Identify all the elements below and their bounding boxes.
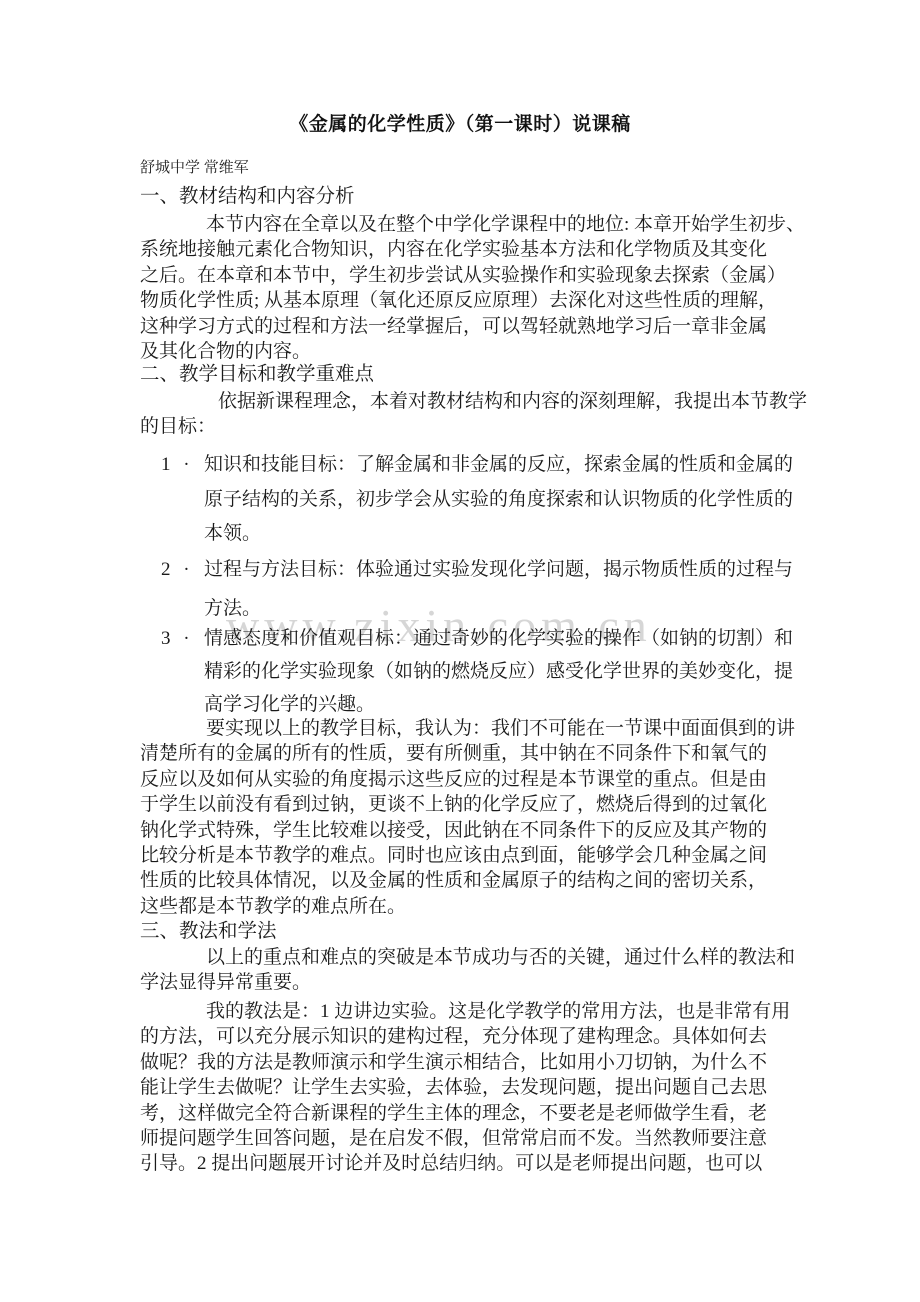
text-line: 的方法，可以充分展示知识的建构过程，充分体现了建构理念。具体如何去 xyxy=(140,1024,840,1049)
paragraph-goals-intro: 依据新课程理念，本着对教材结构和内容的深刻理解，我提出本节教学的目标： xyxy=(140,389,840,440)
text-line: 于学生以前没有看到过钠，更谈不上钠的化学反应了，燃烧后得到的过氧化 xyxy=(140,792,840,817)
goal-marker-1: 1 · xyxy=(161,448,194,483)
text-line: 能让学生去做呢？让学生去实验，去体验，去发现问题，提出问题自己去思 xyxy=(140,1075,840,1100)
paragraph-teaching-method: 我的教法是：1 边讲边实验。这是化学教学的常用方法，也是非常有用的方法，可以充分… xyxy=(140,999,840,1177)
text-line: 做呢？我的方法是教师演示和学生演示相结合，比如用小刀切钠，为什么不 xyxy=(140,1050,840,1075)
text-line: 之后。在本章和本节中，学生初步尝试从实验操作和实验现象去探索（金属） xyxy=(140,263,840,288)
text-line: 依据新课程理念，本着对教材结构和内容的深刻理解，我提出本节教学 xyxy=(140,389,840,414)
section-heading-1: 一、教材结构和内容分析 xyxy=(140,184,355,210)
goal-marker-3: 3 · xyxy=(161,622,194,655)
text-line: 比较分析是本节教学的难点。同时也应该由点到面，能够学会几种金属之间 xyxy=(140,843,840,868)
text-line: 及其化合物的内容。 xyxy=(140,339,840,364)
goal-item-3: 3 · 情感态度和价值观目标：通过奇妙的化学实验的操作（如钠的切割）和精彩的化学… xyxy=(140,622,840,721)
text-line: 师提问题学生回答问题，是在启发不假，但常常启而不发。当然教师要注意 xyxy=(140,1126,840,1151)
goal-item-2: 2 · 过程与方法目标：体验通过实验发现化学问题，揭示物质性质的过程与方法。 xyxy=(140,550,840,628)
text-line: 精彩的化学实验现象（如钠的燃烧反应）感受化学世界的美妙变化，提 xyxy=(204,655,840,688)
text-line: 系统地接触元素化合物知识，内容在化学实验基本方法和化学物质及其变化 xyxy=(140,237,840,262)
goal-text-3: 情感态度和价值观目标：通过奇妙的化学实验的操作（如钠的切割）和精彩的化学实验现象… xyxy=(140,622,840,721)
goal-text-1: 知识和技能目标：了解金属和非金属的反应，探索金属的性质和金属的原子结构的关系，初… xyxy=(140,448,840,552)
goal-marker-2: 2 · xyxy=(161,550,194,589)
section-heading-2: 二、教学目标和教学重难点 xyxy=(140,362,374,388)
text-line: 我的教法是：1 边讲边实验。这是化学教学的常用方法，也是非常有用 xyxy=(140,999,840,1024)
text-line: 引导。2 提出问题展开讨论并及时总结归纳。可以是老师提出问题，也可以 xyxy=(140,1151,840,1176)
paragraph-method-intro: 以上的重点和难点的突破是本节成功与否的关键，通过什么样的教法和学法显得异常重要。 xyxy=(140,945,840,996)
text-line: 这些都是本节教学的难点所在。 xyxy=(140,894,840,919)
document-page: www.zixin.com.cn 《金属的化学性质》（第一课时）说课稿 舒城中学… xyxy=(0,0,920,1302)
text-line: 考，这样做完全符合新课程的学生主体的理念，不要老是老师做学生看，老 xyxy=(140,1101,840,1126)
text-line: 清楚所有的金属的所有的性质，要有所侧重，其中钠在不同条件下和氧气的 xyxy=(140,741,840,766)
text-line: 原子结构的关系，初步学会从实验的角度探索和认识物质的化学性质的 xyxy=(204,483,840,518)
goal-text-2: 过程与方法目标：体验通过实验发现化学问题，揭示物质性质的过程与方法。 xyxy=(140,550,840,628)
text-line: 情感态度和价值观目标：通过奇妙的化学实验的操作（如钠的切割）和 xyxy=(204,622,840,655)
paragraph-key-difficult-points: 要实现以上的教学目标，我认为：我们不可能在一节课中面面俱到的讲清楚所有的金属的所… xyxy=(140,716,840,919)
text-line: 以上的重点和难点的突破是本节成功与否的关键，通过什么样的教法和 xyxy=(140,945,840,970)
text-line: 要实现以上的教学目标，我认为：我们不可能在一节课中面面俱到的讲 xyxy=(140,716,840,741)
text-line: 本领。 xyxy=(204,517,840,552)
text-line: 性质的比较具体情况，以及金属的性质和金属原子的结构之间的密切关系， xyxy=(140,868,840,893)
text-line: 本节内容在全章以及在整个中学化学课程中的地位: 本章开始学生初步、 xyxy=(140,212,840,237)
goal-item-1: 1 · 知识和技能目标：了解金属和非金属的反应，探索金属的性质和金属的原子结构的… xyxy=(140,448,840,552)
paragraph-material-analysis: 本节内容在全章以及在整个中学化学课程中的地位: 本章开始学生初步、系统地接触元素… xyxy=(140,212,840,364)
text-line: 学法显得异常重要。 xyxy=(140,970,840,995)
text-line: 钠化学式特殊，学生比较难以接受，因此钠在不同条件下的反应及其产物的 xyxy=(140,818,840,843)
text-line: 物质化学性质; 从基本原理（氧化还原反应原理）去深化对这些性质的理解， xyxy=(140,288,840,313)
text-line: 反应以及如何从实验的角度揭示这些反应的过程是本节课堂的重点。但是由 xyxy=(140,767,840,792)
text-line: 这种学习方式的过程和方法一经掌握后，可以驾轻就熟地学习后一章非金属 xyxy=(140,314,840,339)
text-line: 的目标： xyxy=(140,414,840,439)
text-line: 知识和技能目标：了解金属和非金属的反应，探索金属的性质和金属的 xyxy=(204,448,840,483)
document-title: 《金属的化学性质》（第一课时）说课稿 xyxy=(0,110,920,140)
text-line: 过程与方法目标：体验通过实验发现化学问题，揭示物质性质的过程与 xyxy=(204,550,840,589)
author-line: 舒城中学 常维军 xyxy=(140,158,249,178)
section-heading-3: 三、教法和学法 xyxy=(140,919,277,945)
